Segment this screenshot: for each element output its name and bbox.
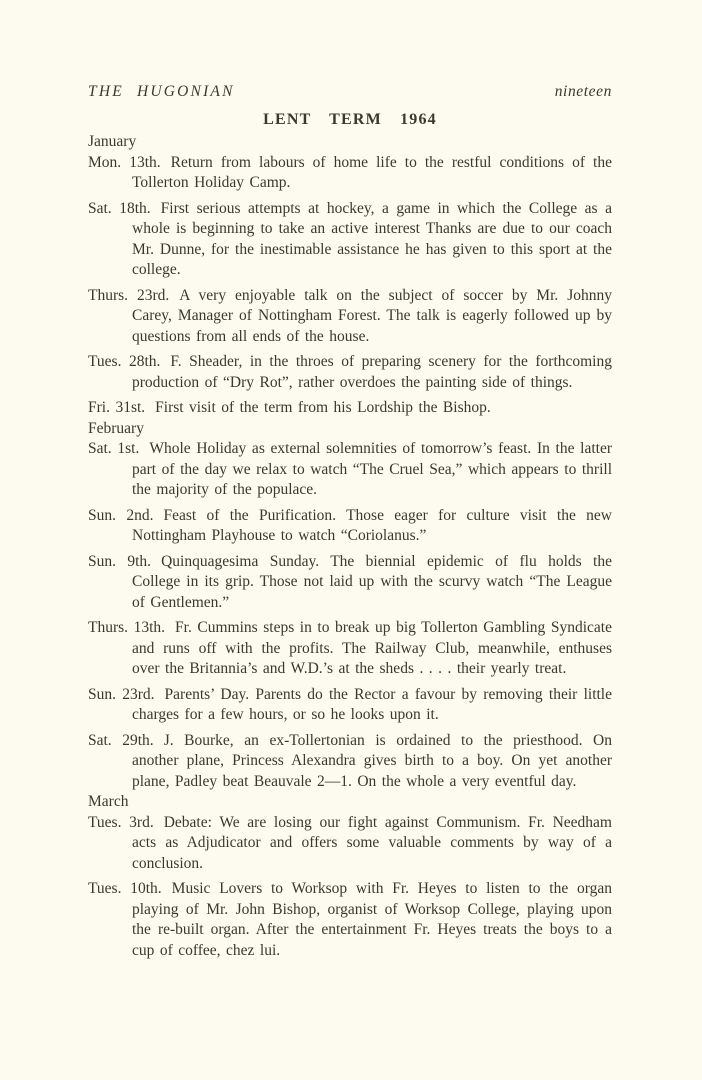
diary-entry: Sat. 29th.J. Bourke, an ex-Tollertonian … bbox=[88, 731, 612, 793]
entry-date: Thurs. 13th. bbox=[88, 619, 175, 636]
entry-date: Fri. 31st. bbox=[88, 399, 155, 416]
entry-text: Feast of the Purification. Those eager f… bbox=[132, 507, 612, 545]
entry-date: Thurs. 23rd. bbox=[88, 287, 179, 304]
page-title: LENT TERM 1964 bbox=[88, 110, 612, 131]
diary-entry: Tues. 28th.F. Sheader, in the throes of … bbox=[88, 352, 612, 393]
entry-text: Return from labours of home life to the … bbox=[132, 154, 612, 192]
month-label: January bbox=[88, 132, 612, 153]
diary-entry: Sat. 18th.First serious attempts at hock… bbox=[88, 199, 612, 281]
entry-date: Sun. 9th. bbox=[88, 553, 161, 570]
page-header: THE HUGONIAN nineteen bbox=[88, 82, 612, 103]
diary-entry: Sun. 23rd.Parents’ Day. Parents do the R… bbox=[88, 685, 612, 726]
entry-date: Tues. 28th. bbox=[88, 353, 170, 370]
entry-text: J. Bourke, an ex-Tollertonian is ordaine… bbox=[132, 732, 612, 790]
month-label: February bbox=[88, 419, 612, 440]
entry-date: Sun. 23rd. bbox=[88, 686, 165, 703]
page-number: nineteen bbox=[555, 82, 612, 103]
entry-date: Sat. 29th. bbox=[88, 732, 164, 749]
entry-text: First serious attempts at hockey, a game… bbox=[132, 200, 612, 279]
entry-text: Quinquagesima Sunday. The biennial epide… bbox=[132, 553, 612, 611]
diary-entry: Sun. 2nd.Feast of the Purification. Thos… bbox=[88, 506, 612, 547]
entry-text: A very enjoyable talk on the subject of … bbox=[132, 287, 612, 345]
entry-text: First visit of the term from his Lordshi… bbox=[155, 399, 491, 416]
entry-date: Sat. 18th. bbox=[88, 200, 161, 217]
entry-text: Debate: We are losing our fight against … bbox=[132, 814, 612, 872]
entry-date: Sun. 2nd. bbox=[88, 507, 163, 524]
diary-entry: Mon. 13th.Return from labours of home li… bbox=[88, 153, 612, 194]
entry-text: Parents’ Day. Parents do the Rector a fa… bbox=[132, 686, 612, 724]
diary-entry: Sun. 9th.Quinquagesima Sunday. The bienn… bbox=[88, 552, 612, 614]
diary-entry: Thurs. 23rd.A very enjoyable talk on the… bbox=[88, 286, 612, 348]
entry-date: Tues. 10th. bbox=[88, 880, 172, 897]
diary-entry: Fri. 31st.First visit of the term from h… bbox=[88, 398, 612, 419]
entry-text: Fr. Cummins steps in to break up big Tol… bbox=[132, 619, 612, 677]
diary-entry: Thurs. 13th.Fr. Cummins steps in to brea… bbox=[88, 618, 612, 680]
magazine-page: THE HUGONIAN nineteen LENT TERM 1964 Jan… bbox=[0, 0, 702, 1080]
diary: January Mon. 13th.Return from labours of… bbox=[88, 132, 612, 961]
diary-entry: Tues. 3rd.Debate: We are losing our figh… bbox=[88, 813, 612, 875]
month-label: March bbox=[88, 792, 612, 813]
entry-text: Music Lovers to Worksop with Fr. Heyes t… bbox=[132, 880, 612, 959]
entry-text: Whole Holiday as external solemnities of… bbox=[132, 440, 612, 498]
entry-date: Sat. 1st. bbox=[88, 440, 149, 457]
diary-entry: Tues. 10th.Music Lovers to Worksop with … bbox=[88, 879, 612, 961]
entry-date: Tues. 3rd. bbox=[88, 814, 164, 831]
entry-date: Mon. 13th. bbox=[88, 154, 171, 171]
journal-title: THE HUGONIAN bbox=[88, 82, 235, 103]
entry-text: F. Sheader, in the throes of preparing s… bbox=[132, 353, 612, 391]
diary-entry: Sat. 1st.Whole Holiday as external solem… bbox=[88, 439, 612, 501]
